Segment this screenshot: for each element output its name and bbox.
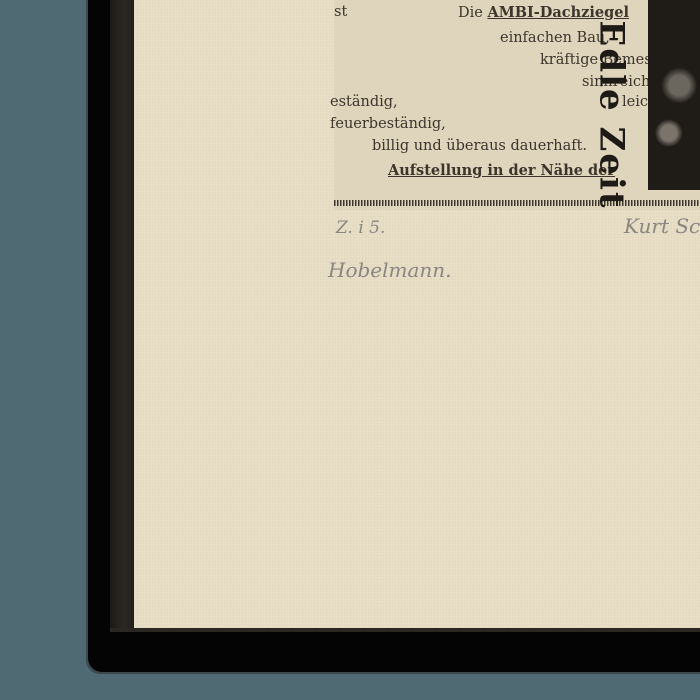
clipping-line: billig und überaus dauerhaft. [372, 138, 587, 154]
clipping-text: Die [458, 5, 487, 21]
blackletter-label: Edle Zeit [592, 20, 632, 209]
frame-bottom-bevel [110, 628, 700, 632]
clipping-line: Aufstellung in der Nähe der [388, 162, 615, 179]
halftone-photo-fragment [648, 0, 700, 190]
clipping-line: feuerbeständig, [330, 116, 446, 132]
clipping-headline: AMBI-Dachziegel [487, 4, 629, 21]
newspaper-clipping: st Die AMBI-Dachziegel einfachen Bau, kr… [334, 0, 700, 210]
decorative-border-strip [334, 200, 700, 206]
pencil-annotation: Hobelmann. [328, 258, 452, 282]
clipping-line: eständig, [330, 94, 398, 110]
rotated-blackletter-text: Edle Zeit [588, 30, 636, 200]
clipping-line: st [334, 4, 347, 20]
clipping-line: Die AMBI-Dachziegel [458, 4, 629, 21]
artist-signature: Kurt Sc [624, 214, 700, 238]
frame-inner-bevel [110, 0, 134, 632]
pencil-annotation: Z. i 5. [336, 218, 385, 238]
